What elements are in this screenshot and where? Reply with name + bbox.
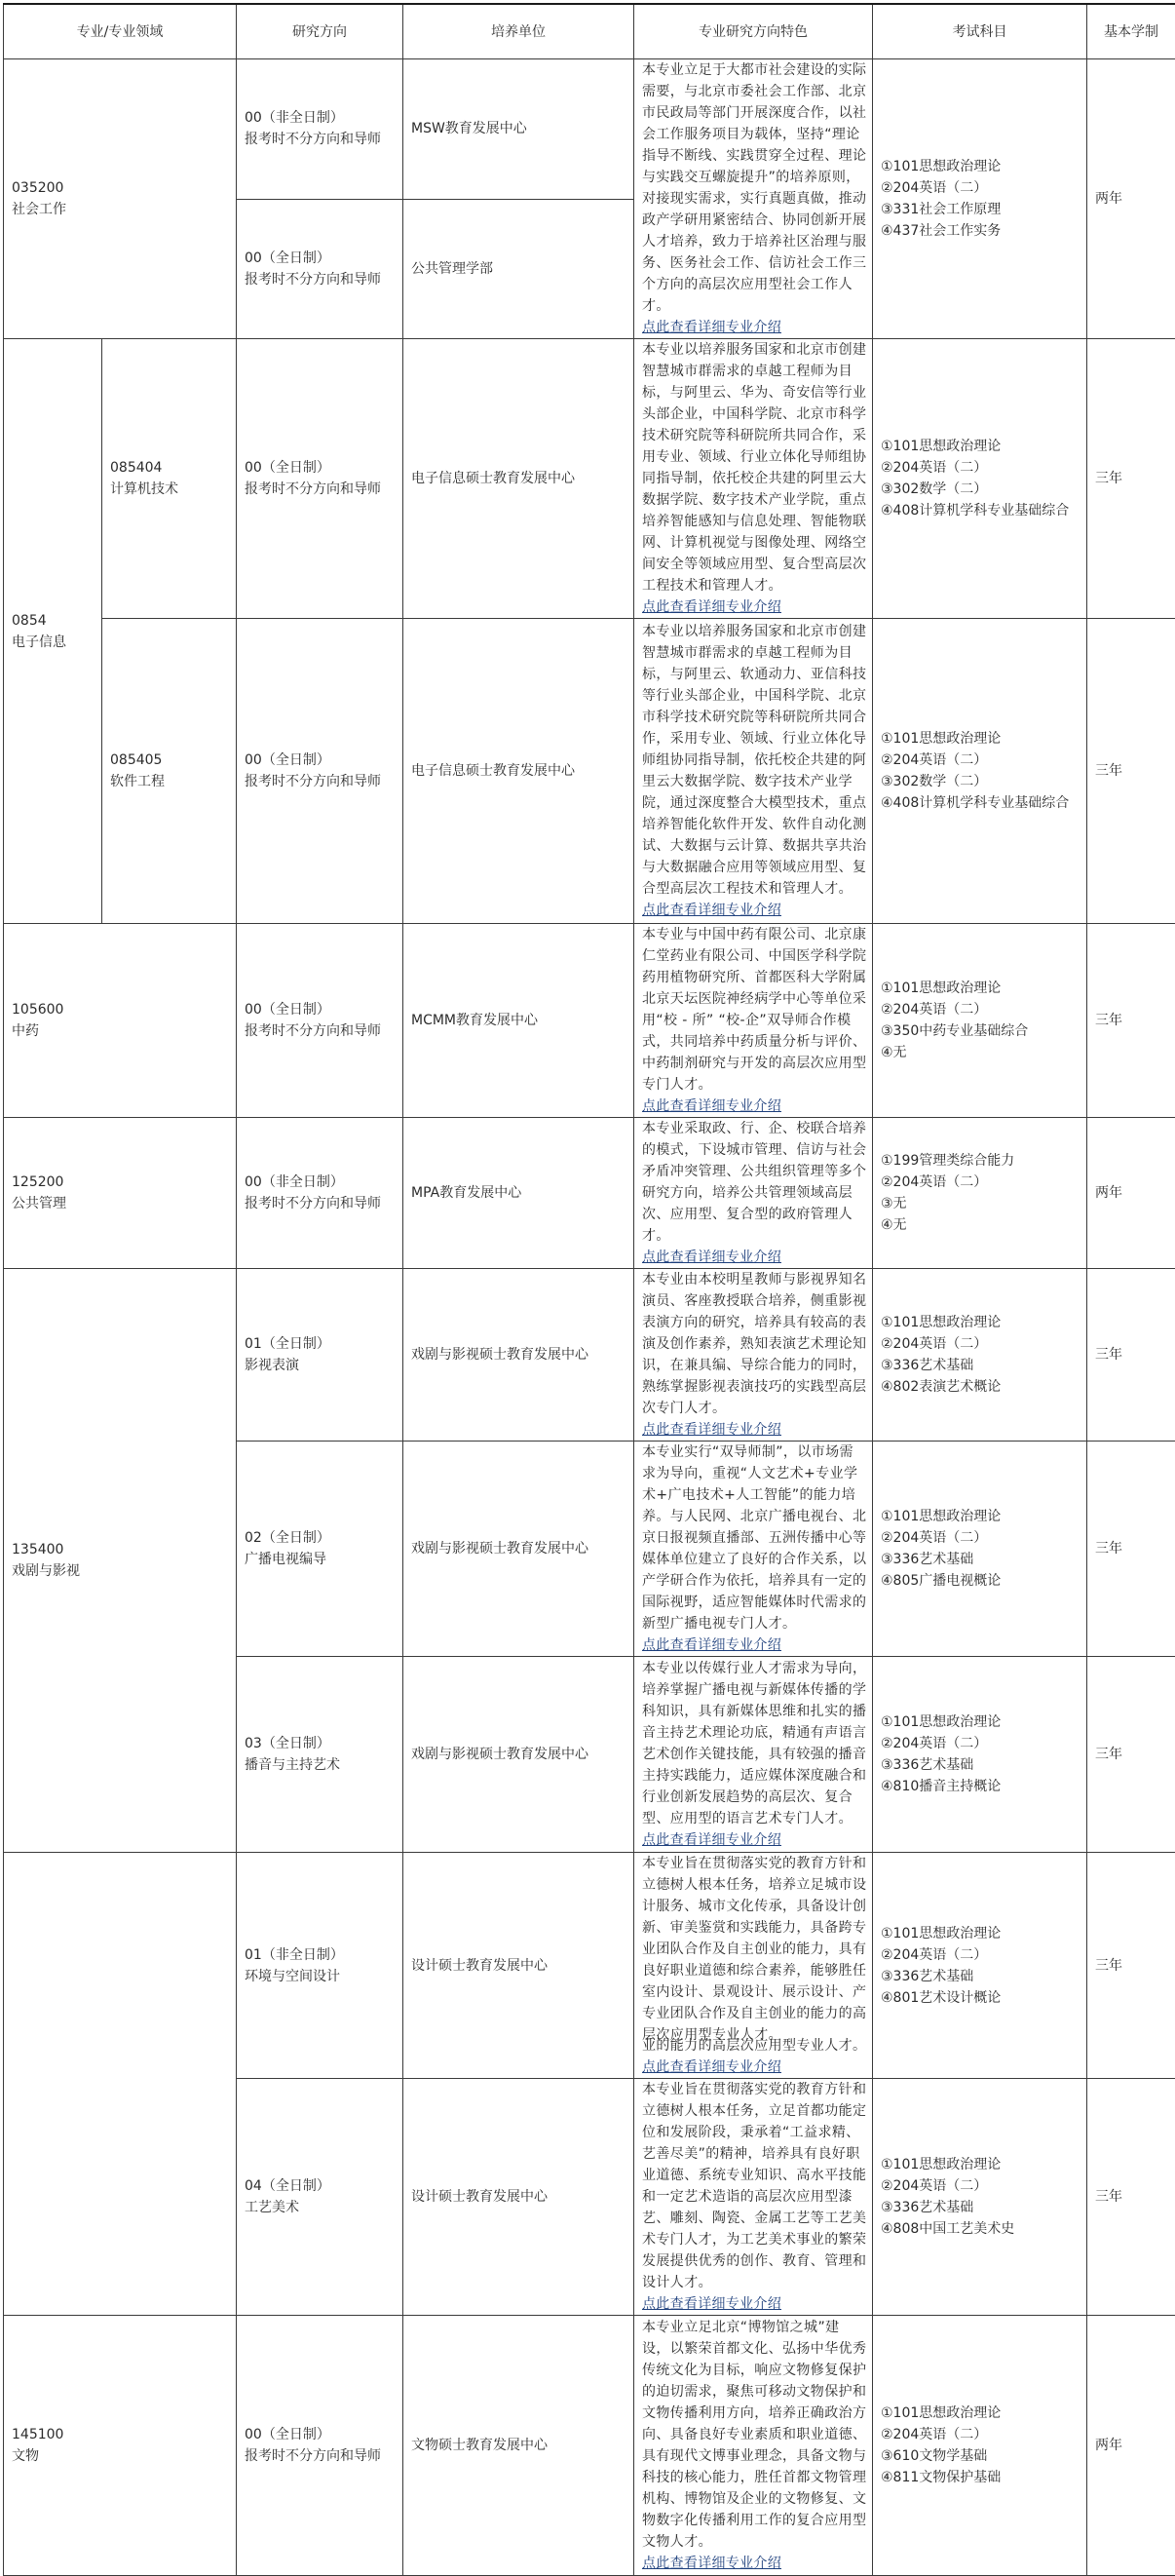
features-text: 本专业旨在贯彻落实党的教育方针和立德树人根本任务，培养立足城市设计服务、城市文化… (642, 1853, 867, 2046)
major-cell: 135400 戏剧与影视 (4, 1269, 237, 1853)
exam-subject: ①101思想政治理论 (881, 2154, 1079, 2175)
exam-subject: ②204英语（二） (881, 457, 1079, 479)
features-text: 本专业旨在贯彻落实党的教育方针和立德树人根本任务，立足首都功能定位和发展阶段，秉… (642, 2079, 867, 2293)
direction-focus: 广播电视编导 (245, 1549, 395, 1570)
major-code: 125200 (12, 1172, 228, 1193)
direction-focus: 报考时不分方向和导师 (245, 771, 395, 792)
major-code: 105600 (12, 999, 228, 1020)
header-major: 专业/专业领域 (4, 4, 237, 59)
exam-subject: ④810播音主持概论 (881, 1776, 1079, 1797)
major-cell: 125200 公共管理 (4, 1118, 237, 1269)
unit-cell: 戏剧与影视硕士教育发展中心 (403, 1657, 634, 1853)
exam-subject: ④811文物保护基础 (881, 2467, 1079, 2488)
exam-subject: ④801艺术设计概论 (881, 1987, 1079, 2009)
exams-cell: ①101思想政治理论 ②204英语（二） ③336艺术基础 ④802表演艺术概论 (873, 1269, 1087, 1442)
detail-link[interactable]: 点此查看详细专业介绍 (642, 2057, 781, 2078)
exam-subject: ③336艺术基础 (881, 1754, 1079, 1776)
features-text: 本专业实行“双导师制”，以市场需求为导向，重视“人文艺术+专业学术+广电技术+人… (642, 1442, 867, 1634)
unit-cell: MCMM教育发展中心 (403, 924, 634, 1118)
detail-link[interactable]: 点此查看详细专业介绍 (642, 2553, 781, 2574)
major-code: 035200 (12, 177, 228, 199)
exams-cell: ①101思想政治理论 ②204英语（二） ③336艺术基础 ④810播音主持概论 (873, 1657, 1087, 1853)
features-cell: 本专业立足于大都市社会建设的实际需要，与北京市委社会工作部、北京市民政局等部门开… (634, 59, 873, 339)
features-text: 本专业立足于大都市社会建设的实际需要，与北京市委社会工作部、北京市民政局等部门开… (642, 59, 867, 317)
duration-cell: 三年 (1087, 1442, 1175, 1657)
table-row: 085405 软件工程 00（全日制） 报考时不分方向和导师 电子信息硕士教育发… (4, 619, 1175, 924)
exam-subject: ④808中国工艺美术史 (881, 2218, 1079, 2240)
detail-link[interactable]: 点此查看详细专业介绍 (642, 1096, 781, 1117)
field-cell: 085404 计算机技术 (102, 339, 237, 619)
exam-subject: ①101思想政治理论 (881, 1312, 1079, 1333)
major-code: 145100 (12, 2424, 228, 2445)
direction-cell: 03（全日制） 播音与主持艺术 (237, 1657, 403, 1853)
exam-subject: ②204英语（二） (881, 1527, 1079, 1549)
program-table: 专业/专业领域 研究方向 培养单位 专业研究方向特色 考试科目 基本学制 035… (3, 3, 1175, 2574)
features-cell: 本专业旨在贯彻落实党的教育方针和立德树人根本任务，立足首都功能定位和发展阶段，秉… (634, 2079, 873, 2316)
direction-mode: 00（全日制） (245, 248, 395, 269)
features-cell: 本专业旨在贯彻落实党的教育方针和立德树人根本任务，培养立足城市设计服务、城市文化… (634, 1853, 873, 2079)
table-row: 01（非全日制） 环境与空间设计 设计硕士教育发展中心 本专业旨在贯彻落实党的教… (4, 1853, 1175, 2079)
direction-focus: 报考时不分方向和导师 (245, 1193, 395, 1214)
major-name: 电子信息 (12, 632, 94, 653)
direction-focus: 环境与空间设计 (245, 1966, 395, 1987)
exam-subject: ②204英语（二） (881, 1172, 1079, 1193)
features-cell: 本专业以培养服务国家和北京市创建智慧城市群需求的卓越工程师为目标，与阿里云、软通… (634, 619, 873, 924)
detail-link[interactable]: 点此查看详细专业介绍 (642, 1419, 781, 1441)
direction-focus: 报考时不分方向和导师 (245, 2445, 395, 2467)
duration-cell: 三年 (1087, 1853, 1175, 2079)
table-row: 135400 戏剧与影视 01（全日制） 影视表演 戏剧与影视硕士教育发展中心 … (4, 1269, 1175, 1442)
header-exams: 考试科目 (873, 4, 1087, 59)
unit-cell: 电子信息硕士教育发展中心 (403, 339, 634, 619)
duration-cell: 三年 (1087, 619, 1175, 924)
detail-link[interactable]: 点此查看详细专业介绍 (642, 2293, 781, 2315)
exam-subject: ④408计算机学科专业基础综合 (881, 792, 1079, 814)
exams-cell: ①101思想政治理论 ②204英语（二） ③336艺术基础 ④808中国工艺美术… (873, 2079, 1087, 2316)
exam-subject: ①101思想政治理论 (881, 2403, 1079, 2424)
detail-link[interactable]: 点此查看详细专业介绍 (642, 596, 781, 618)
exam-subject: ③无 (881, 1193, 1079, 1214)
direction-focus: 报考时不分方向和导师 (245, 1020, 395, 1042)
major-cell: 145100 文物 (4, 2316, 237, 2575)
exam-subject: ②204英语（二） (881, 2175, 1079, 2197)
exam-subject: ②204英语（二） (881, 750, 1079, 771)
exam-subject: ③336艺术基础 (881, 2197, 1079, 2218)
exams-cell: ①101思想政治理论 ②204英语（二） ③331社会工作原理 ④437社会工作… (873, 59, 1087, 339)
unit-cell: MPA教育发展中心 (403, 1118, 634, 1269)
exam-subject: ②204英语（二） (881, 2424, 1079, 2445)
exams-cell: ①101思想政治理论 ②204英语（二） ③610文物学基础 ④811文物保护基… (873, 2316, 1087, 2575)
features-cell: 本专业实行“双导师制”，以市场需求为导向，重视“人文艺术+专业学术+广电技术+人… (634, 1442, 873, 1657)
direction-cell: 02（全日制） 广播电视编导 (237, 1442, 403, 1657)
table-row: 105600 中药 00（全日制） 报考时不分方向和导师 MCMM教育发展中心 … (4, 924, 1175, 1118)
features-cell: 本专业采取政、行、企、校联合培养的模式，下设城市管理、信访与社会矛盾冲突管理、公… (634, 1118, 873, 1269)
direction-mode: 01（全日制） (245, 1333, 395, 1355)
features-text: 本专业以传媒行业人才需求为导向，培养掌握广播电视与新媒体传播的学科知识，具有新媒… (642, 1658, 867, 1829)
major-cell: 105600 中药 (4, 924, 237, 1118)
major-name: 中药 (12, 1020, 228, 1042)
major-cell: 0854 电子信息 (4, 339, 102, 924)
direction-focus: 工艺美术 (245, 2197, 395, 2218)
table-row: 145100 文物 00（全日制） 报考时不分方向和导师 文物硕士教育发展中心 … (4, 2316, 1175, 2575)
exam-subject: ③336艺术基础 (881, 1355, 1079, 1376)
direction-cell: 01（全日制） 影视表演 (237, 1269, 403, 1442)
features-text: 本专业以培养服务国家和北京市创建智慧城市群需求的卓越工程师为目标，与阿里云、软通… (642, 621, 867, 900)
detail-link[interactable]: 点此查看详细专业介绍 (642, 1634, 781, 1656)
direction-cell: 04（全日制） 工艺美术 (237, 2079, 403, 2316)
exam-subject: ①101思想政治理论 (881, 1923, 1079, 1944)
exam-subject: ③302数学（二） (881, 771, 1079, 792)
unit-cell: 公共管理学部 (403, 199, 634, 339)
features-text: 本专业由本校明星教师与影视界知名演员、客座教授联合培养，侧重影视表演方向的研究，… (642, 1269, 867, 1419)
direction-cell: 00（非全日制） 报考时不分方向和导师 (237, 1118, 403, 1269)
features-text: 本专业立足北京“博物馆之城”建设，以繁荣首都文化、弘扬中华优秀传统文化为目标，响… (642, 2317, 867, 2553)
direction-cell: 00（全日制） 报考时不分方向和导师 (237, 924, 403, 1118)
exam-subject: ②204英语（二） (881, 999, 1079, 1020)
direction-focus: 报考时不分方向和导师 (245, 269, 395, 290)
direction-cell: 00（非全日制） 报考时不分方向和导师 (237, 59, 403, 200)
exam-subject: ③610文物学基础 (881, 2445, 1079, 2467)
direction-mode: 00（全日制） (245, 750, 395, 771)
direction-focus: 报考时不分方向和导师 (245, 479, 395, 500)
features-cell: 本专业立足北京“博物馆之城”建设，以繁荣首都文化、弘扬中华优秀传统文化为目标，响… (634, 2316, 873, 2575)
major-name: 文物 (12, 2445, 228, 2467)
exam-subject: ②204英语（二） (881, 1333, 1079, 1355)
table-header-row: 专业/专业领域 研究方向 培养单位 专业研究方向特色 考试科目 基本学制 (4, 4, 1175, 59)
unit-cell: 戏剧与影视硕士教育发展中心 (403, 1442, 634, 1657)
major-cell: 035200 社会工作 (4, 59, 237, 339)
major-name: 社会工作 (12, 199, 228, 220)
exam-subject: ③350中药专业基础综合 (881, 1020, 1079, 1042)
major-name: 戏剧与影视 (12, 1560, 228, 1582)
exam-subject: ①101思想政治理论 (881, 436, 1079, 457)
exam-subject: ①101思想政治理论 (881, 978, 1079, 999)
exam-subject: ①101思想政治理论 (881, 728, 1079, 750)
table-row: 0854 电子信息 085404 计算机技术 00（全日制） 报考时不分方向和导… (4, 339, 1175, 619)
major-cell (4, 1853, 237, 2316)
major-code: 135400 (12, 1539, 228, 1560)
direction-mode: 04（全日制） (245, 2175, 395, 2197)
direction-focus: 报考时不分方向和导师 (245, 129, 395, 150)
duration-cell: 三年 (1087, 339, 1175, 619)
duration-cell: 两年 (1087, 2316, 1175, 2575)
detail-link[interactable]: 点此查看详细专业介绍 (642, 317, 781, 338)
features-cell: 本专业以培养服务国家和北京市创建智慧城市群需求的卓越工程师为目标，与阿里云、华为… (634, 339, 873, 619)
duration-cell: 三年 (1087, 1657, 1175, 1853)
exams-cell: ①101思想政治理论 ②204英语（二） ③336艺术基础 ④805广播电视概论 (873, 1442, 1087, 1657)
exam-subject: ③336艺术基础 (881, 1549, 1079, 1570)
unit-cell: 戏剧与影视硕士教育发展中心 (403, 1269, 634, 1442)
direction-mode: 00（非全日制） (245, 1172, 395, 1193)
header-direction: 研究方向 (237, 4, 403, 59)
exams-cell: ①101思想政治理论 ②204英语（二） ③302数学（二） ④408计算机学科… (873, 619, 1087, 924)
duration-cell: 两年 (1087, 59, 1175, 339)
exam-subject: ④无 (881, 1214, 1079, 1236)
direction-cell: 00（全日制） 报考时不分方向和导师 (237, 339, 403, 619)
exam-subject: ④408计算机学科专业基础综合 (881, 500, 1079, 521)
direction-mode: 00（全日制） (245, 457, 395, 479)
exams-cell: ①101思想政治理论 ②204英语（二） ③302数学（二） ④408计算机学科… (873, 339, 1087, 619)
exam-subject: ④无 (881, 1042, 1079, 1063)
exam-subject: ④437社会工作实务 (881, 220, 1079, 242)
table-row: 035200 社会工作 00（非全日制） 报考时不分方向和导师 MSW教育发展中… (4, 59, 1175, 200)
direction-mode: 01（非全日制） (245, 1944, 395, 1966)
direction-cell: 00（全日制） 报考时不分方向和导师 (237, 619, 403, 924)
features-overlap-text: 业的能力的高层次应用型专业人才。 (642, 2035, 867, 2057)
field-name: 软件工程 (110, 771, 228, 792)
duration-cell: 两年 (1087, 1118, 1175, 1269)
exams-cell: ①199管理类综合能力 ②204英语（二） ③无 ④无 (873, 1118, 1087, 1269)
exam-subject: ③331社会工作原理 (881, 199, 1079, 220)
exam-subject: ①101思想政治理论 (881, 156, 1079, 177)
field-name: 计算机技术 (110, 479, 228, 500)
header-duration: 基本学制 (1087, 4, 1175, 59)
exams-cell: ①101思想政治理论 ②204英语（二） ③336艺术基础 ④801艺术设计概论 (873, 1853, 1087, 2079)
exam-subject: ④802表演艺术概论 (881, 1376, 1079, 1398)
duration-cell: 三年 (1087, 2079, 1175, 2316)
exam-subject: ②204英语（二） (881, 1944, 1079, 1966)
features-text: 本专业与中国中药有限公司、北京康仁堂药业有限公司、中国医学科学院药用植物研究所、… (642, 924, 867, 1096)
features-cell: 本专业与中国中药有限公司、北京康仁堂药业有限公司、中国医学科学院药用植物研究所、… (634, 924, 873, 1118)
unit-cell: MSW教育发展中心 (403, 59, 634, 200)
direction-mode: 00（全日制） (245, 999, 395, 1020)
detail-link[interactable]: 点此查看详细专业介绍 (642, 900, 781, 921)
exam-subject: ①199管理类综合能力 (881, 1150, 1079, 1172)
direction-cell: 00（全日制） 报考时不分方向和导师 (237, 2316, 403, 2575)
detail-link[interactable]: 点此查看详细专业介绍 (642, 1829, 781, 1851)
direction-mode: 03（全日制） (245, 1733, 395, 1754)
duration-cell: 三年 (1087, 924, 1175, 1118)
features-cell: 本专业由本校明星教师与影视界知名演员、客座教授联合培养，侧重影视表演方向的研究，… (634, 1269, 873, 1442)
field-cell: 085405 软件工程 (102, 619, 237, 924)
features-cell: 本专业以传媒行业人才需求为导向，培养掌握广播电视与新媒体传播的学科知识，具有新媒… (634, 1657, 873, 1853)
detail-link[interactable]: 点此查看详细专业介绍 (642, 1247, 781, 1268)
major-name: 公共管理 (12, 1193, 228, 1214)
exam-subject: ③302数学（二） (881, 479, 1079, 500)
unit-cell: 文物硕士教育发展中心 (403, 2316, 634, 2575)
exam-subject: ④805广播电视概论 (881, 1570, 1079, 1592)
unit-cell: 电子信息硕士教育发展中心 (403, 619, 634, 924)
major-code: 0854 (12, 610, 94, 632)
direction-mode: 02（全日制） (245, 1527, 395, 1549)
header-unit: 培养单位 (403, 4, 634, 59)
direction-cell: 00（全日制） 报考时不分方向和导师 (237, 199, 403, 339)
exam-subject: ②204英语（二） (881, 177, 1079, 199)
exam-subject: ②204英语（二） (881, 1733, 1079, 1754)
exam-subject: ①101思想政治理论 (881, 1711, 1079, 1733)
unit-cell: 设计硕士教育发展中心 (403, 2079, 634, 2316)
exam-subject: ③336艺术基础 (881, 1966, 1079, 1987)
table-row: 125200 公共管理 00（非全日制） 报考时不分方向和导师 MPA教育发展中… (4, 1118, 1175, 1269)
direction-mode: 00（非全日制） (245, 107, 395, 129)
header-features: 专业研究方向特色 (634, 4, 873, 59)
direction-mode: 00（全日制） (245, 2424, 395, 2445)
exam-subject: ①101思想政治理论 (881, 1506, 1079, 1527)
direction-focus: 影视表演 (245, 1355, 395, 1376)
field-code: 085405 (110, 750, 228, 771)
unit-cell: 设计硕士教育发展中心 (403, 1853, 634, 2079)
features-text: 本专业采取政、行、企、校联合培养的模式，下设城市管理、信访与社会矛盾冲突管理、公… (642, 1118, 867, 1247)
features-text: 本专业以培养服务国家和北京市创建智慧城市群需求的卓越工程师为目标，与阿里云、华为… (642, 339, 867, 596)
exams-cell: ①101思想政治理论 ②204英语（二） ③350中药专业基础综合 ④无 (873, 924, 1087, 1118)
direction-cell: 01（非全日制） 环境与空间设计 (237, 1853, 403, 2079)
field-code: 085404 (110, 457, 228, 479)
direction-focus: 播音与主持艺术 (245, 1754, 395, 1776)
duration-cell: 三年 (1087, 1269, 1175, 1442)
